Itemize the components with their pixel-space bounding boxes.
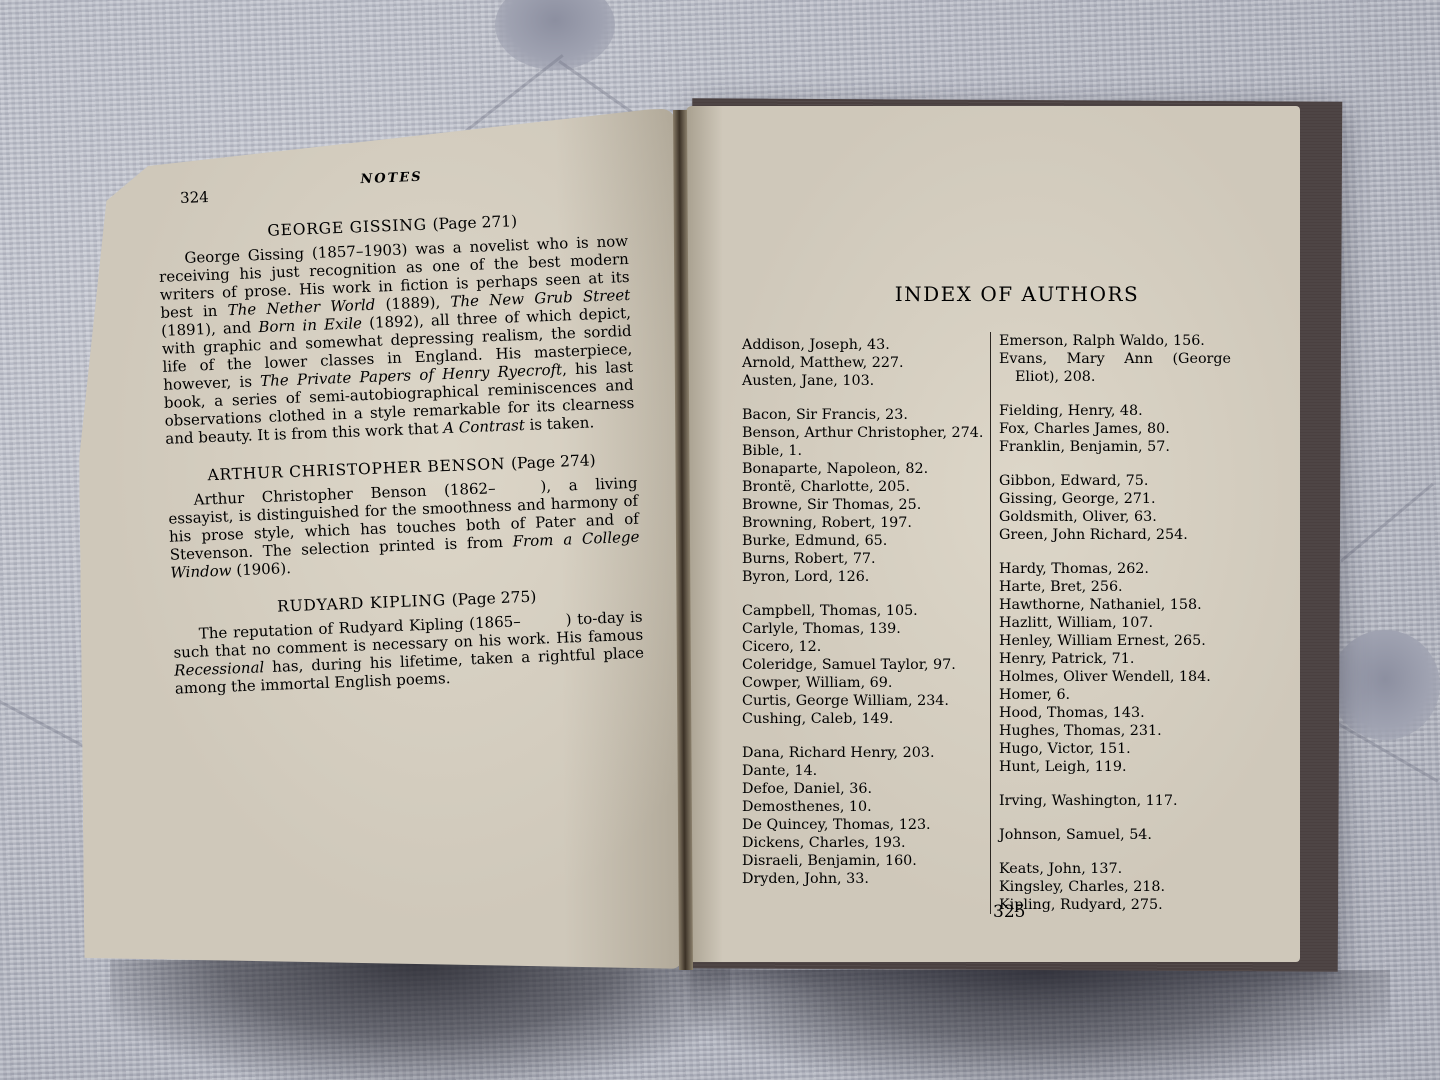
book-shadow xyxy=(690,970,1390,1080)
index-entry: Gissing, George, 271. xyxy=(999,490,1231,508)
book-shadow xyxy=(110,960,730,1080)
index-entry: Demosthenes, 10. xyxy=(742,798,984,816)
index-entry: De Quincey, Thomas, 123. xyxy=(742,816,984,834)
section-body-benson: Arthur Christopher Benson (1862– ), a li… xyxy=(167,474,640,582)
index-entry: Benson, Arthur Christopher, 274. xyxy=(742,424,984,442)
index-entry: Byron, Lord, 126. xyxy=(742,568,984,586)
index-group-gap xyxy=(742,728,984,744)
index-entry: Carlyle, Thomas, 139. xyxy=(742,620,984,638)
index-entry: Browne, Sir Thomas, 25. xyxy=(742,496,984,514)
notes-page-content: 324 NOTES GEORGE GISSING (Page 271) Geor… xyxy=(155,152,645,698)
index-entry: Bacon, Sir Francis, 23. xyxy=(742,406,984,424)
index-entry: Hazlitt, William, 107. xyxy=(999,614,1231,632)
index-entry: Arnold, Matthew, 227. xyxy=(742,354,984,372)
index-entry: Disraeli, Benjamin, 160. xyxy=(742,852,984,870)
index-entry: Henley, William Ernest, 265. xyxy=(999,632,1231,650)
index-entry: Hawthorne, Nathaniel, 158. xyxy=(999,596,1231,614)
section-page-ref: (Page 274) xyxy=(511,451,596,472)
index-entry: Henry, Patrick, 71. xyxy=(999,650,1231,668)
section-page-ref: (Page 271) xyxy=(432,212,517,233)
index-entry: Bonaparte, Napoleon, 82. xyxy=(742,460,984,478)
upholstery-seam xyxy=(1340,483,1434,562)
index-entry: Dante, 14. xyxy=(742,762,984,780)
book-title: A Contrast xyxy=(443,416,525,437)
index-entry: Irving, Washington, 117. xyxy=(999,792,1231,810)
index-entry: Cicero, 12. xyxy=(742,638,984,656)
index-entry: Hughes, Thomas, 231. xyxy=(999,722,1231,740)
index-entry: Browning, Robert, 197. xyxy=(742,514,984,532)
index-group-gap xyxy=(742,586,984,602)
index-entry: Kipling, Rudyard, 275. xyxy=(999,896,1231,914)
index-entry: Cowper, William, 69. xyxy=(742,674,984,692)
index-entry: Defoe, Daniel, 36. xyxy=(742,780,984,798)
index-entry: Addison, Joseph, 43. xyxy=(742,336,984,354)
page-number: 325 xyxy=(993,902,1025,922)
section-body-gissing: George Gissing (1857–1903) was a novelis… xyxy=(158,232,635,448)
upholstery-tuft xyxy=(1330,630,1440,740)
index-entry: Curtis, George William, 234. xyxy=(742,692,984,710)
section-heading-text: RUDYARD KIPLING xyxy=(277,591,446,615)
index-entry: Johnson, Samuel, 54. xyxy=(999,826,1231,844)
index-entry: Burns, Robert, 77. xyxy=(742,550,984,568)
index-entry: Gibbon, Edward, 75. xyxy=(999,472,1231,490)
index-entry: Burke, Edmund, 65. xyxy=(742,532,984,550)
body-text: Arthur Christopher Benson (1862– ), a li… xyxy=(168,474,639,564)
index-entry: Dana, Richard Henry, 203. xyxy=(742,744,984,762)
index-entry: Dryden, John, 33. xyxy=(742,870,984,888)
running-head-title: NOTES xyxy=(360,170,423,187)
index-entry: Harte, Bret, 256. xyxy=(999,578,1231,596)
body-text: is taken. xyxy=(524,413,594,434)
index-title: INDEX OF AUTHORS xyxy=(802,282,1232,306)
page-number: 324 xyxy=(180,188,209,207)
body-text: (1906). xyxy=(231,559,291,579)
index-entry: Homer, 6. xyxy=(999,686,1231,704)
index-entry: Bible, 1. xyxy=(742,442,984,460)
index-group-gap xyxy=(999,810,1231,826)
index-entry: Austen, Jane, 103. xyxy=(742,372,984,390)
index-entry: Holmes, Oliver Wendell, 184. xyxy=(999,668,1231,686)
index-entry: Franklin, Benjamin, 57. xyxy=(999,438,1231,456)
index-group-gap xyxy=(999,386,1231,402)
index-group-gap xyxy=(999,776,1231,792)
section-heading-text: GEORGE GISSING xyxy=(267,216,427,240)
index-entry: Fox, Charles James, 80. xyxy=(999,420,1231,438)
index-group-gap xyxy=(999,456,1231,472)
index-entry: Hood, Thomas, 143. xyxy=(999,704,1231,722)
index-entry: Green, John Richard, 254. xyxy=(999,526,1231,544)
index-entry: Emerson, Ralph Waldo, 156. xyxy=(999,332,1231,350)
index-entry: Hugo, Victor, 151. xyxy=(999,740,1231,758)
index-entry: Dickens, Charles, 193. xyxy=(742,834,984,852)
section-page-ref: (Page 275) xyxy=(451,588,536,609)
index-column-1: Addison, Joseph, 43.Arnold, Matthew, 227… xyxy=(742,336,990,914)
index-group-gap xyxy=(742,390,984,406)
index-entry: Kingsley, Charles, 218. xyxy=(999,878,1231,896)
index-column-2: Emerson, Ralph Waldo, 156.Evans, Mary An… xyxy=(990,332,1231,914)
index-entry: Brontë, Charlotte, 205. xyxy=(742,478,984,496)
index-entry: Goldsmith, Oliver, 63. xyxy=(999,508,1231,526)
index-entry: Campbell, Thomas, 105. xyxy=(742,602,984,620)
index-entry: Coleridge, Samuel Taylor, 97. xyxy=(742,656,984,674)
index-entry: Hardy, Thomas, 262. xyxy=(999,560,1231,578)
index-entry: Hunt, Leigh, 119. xyxy=(999,758,1231,776)
index-group-gap xyxy=(999,844,1231,860)
index-group-gap xyxy=(999,544,1231,560)
index-entry: Cushing, Caleb, 149. xyxy=(742,710,984,728)
index-entry: Keats, John, 137. xyxy=(999,860,1231,878)
index-columns: Addison, Joseph, 43.Arnold, Matthew, 227… xyxy=(742,336,1232,914)
index-entry: Fielding, Henry, 48. xyxy=(999,402,1231,420)
index-entry: Evans, Mary Ann (George Eliot), 208. xyxy=(999,350,1231,386)
index-page-content: INDEX OF AUTHORS Addison, Joseph, 43.Arn… xyxy=(742,282,1232,914)
